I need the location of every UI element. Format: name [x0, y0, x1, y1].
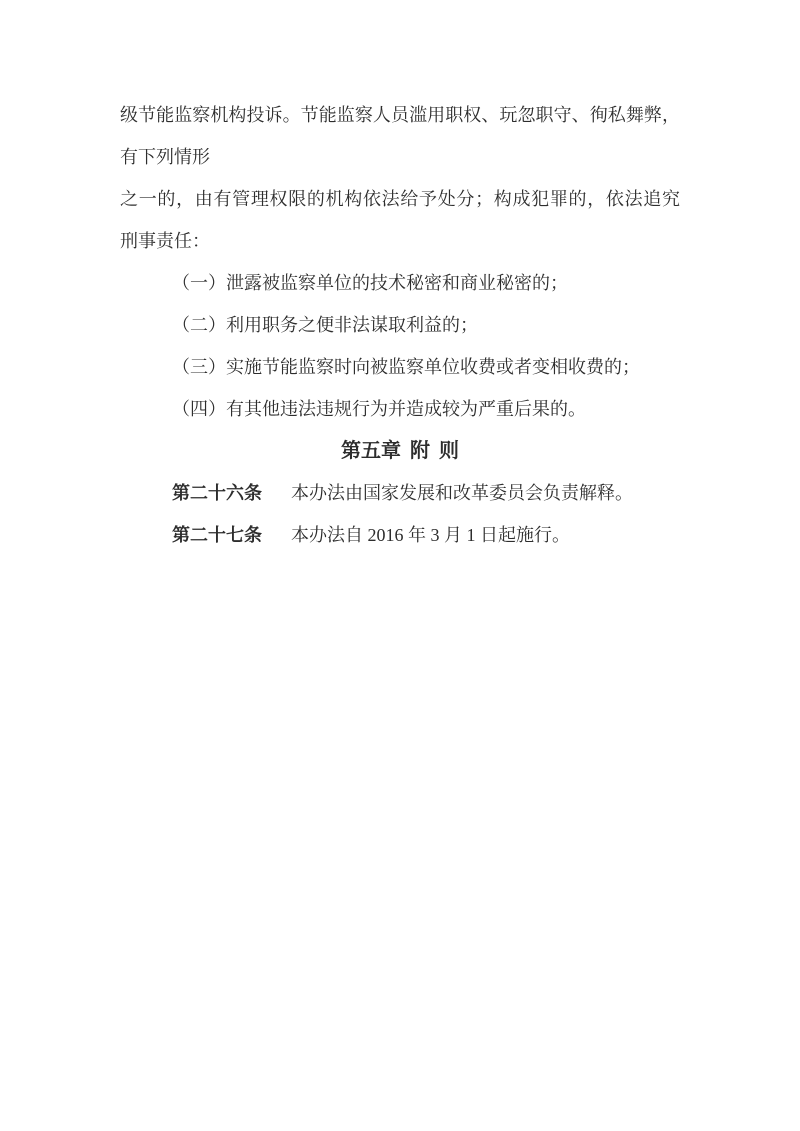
chapter-heading: 第五章 附 则	[120, 430, 680, 472]
article-text: 本办法由国家发展和改革委员会负责解释。	[291, 483, 633, 503]
article-number: 第二十六条	[172, 472, 262, 514]
list-item: （一）泄露被监察单位的技术秘密和商业秘密的；	[120, 262, 680, 304]
document-page: 级节能监察机构投诉。节能监察人员滥用职权、玩忽职守、徇私舞弊， 有下列情形 之一…	[0, 0, 800, 1131]
article-text: 本办法自 2016 年 3 月 1 日起施行。	[291, 525, 570, 545]
article-line: 第二十七条本办法自 2016 年 3 月 1 日起施行。	[120, 514, 680, 556]
document-content: 级节能监察机构投诉。节能监察人员滥用职权、玩忽职守、徇私舞弊， 有下列情形 之一…	[120, 94, 680, 556]
paragraph-line: 级节能监察机构投诉。节能监察人员滥用职权、玩忽职守、徇私舞弊，	[120, 94, 680, 136]
article-line: 第二十六条本办法由国家发展和改革委员会负责解释。	[120, 472, 680, 514]
list-item: （二）利用职务之便非法谋取利益的；	[120, 304, 680, 346]
list-item: （四）有其他违法违规行为并造成较为严重后果的。	[120, 388, 680, 430]
paragraph-line: 之一的，由有管理权限的机构依法给予处分；构成犯罪的，依法追究	[120, 178, 680, 220]
list-item: （三）实施节能监察时向被监察单位收费或者变相收费的；	[120, 346, 680, 388]
article-number: 第二十七条	[172, 514, 262, 556]
paragraph-line: 有下列情形	[120, 136, 680, 178]
paragraph-line: 刑事责任：	[120, 220, 680, 262]
